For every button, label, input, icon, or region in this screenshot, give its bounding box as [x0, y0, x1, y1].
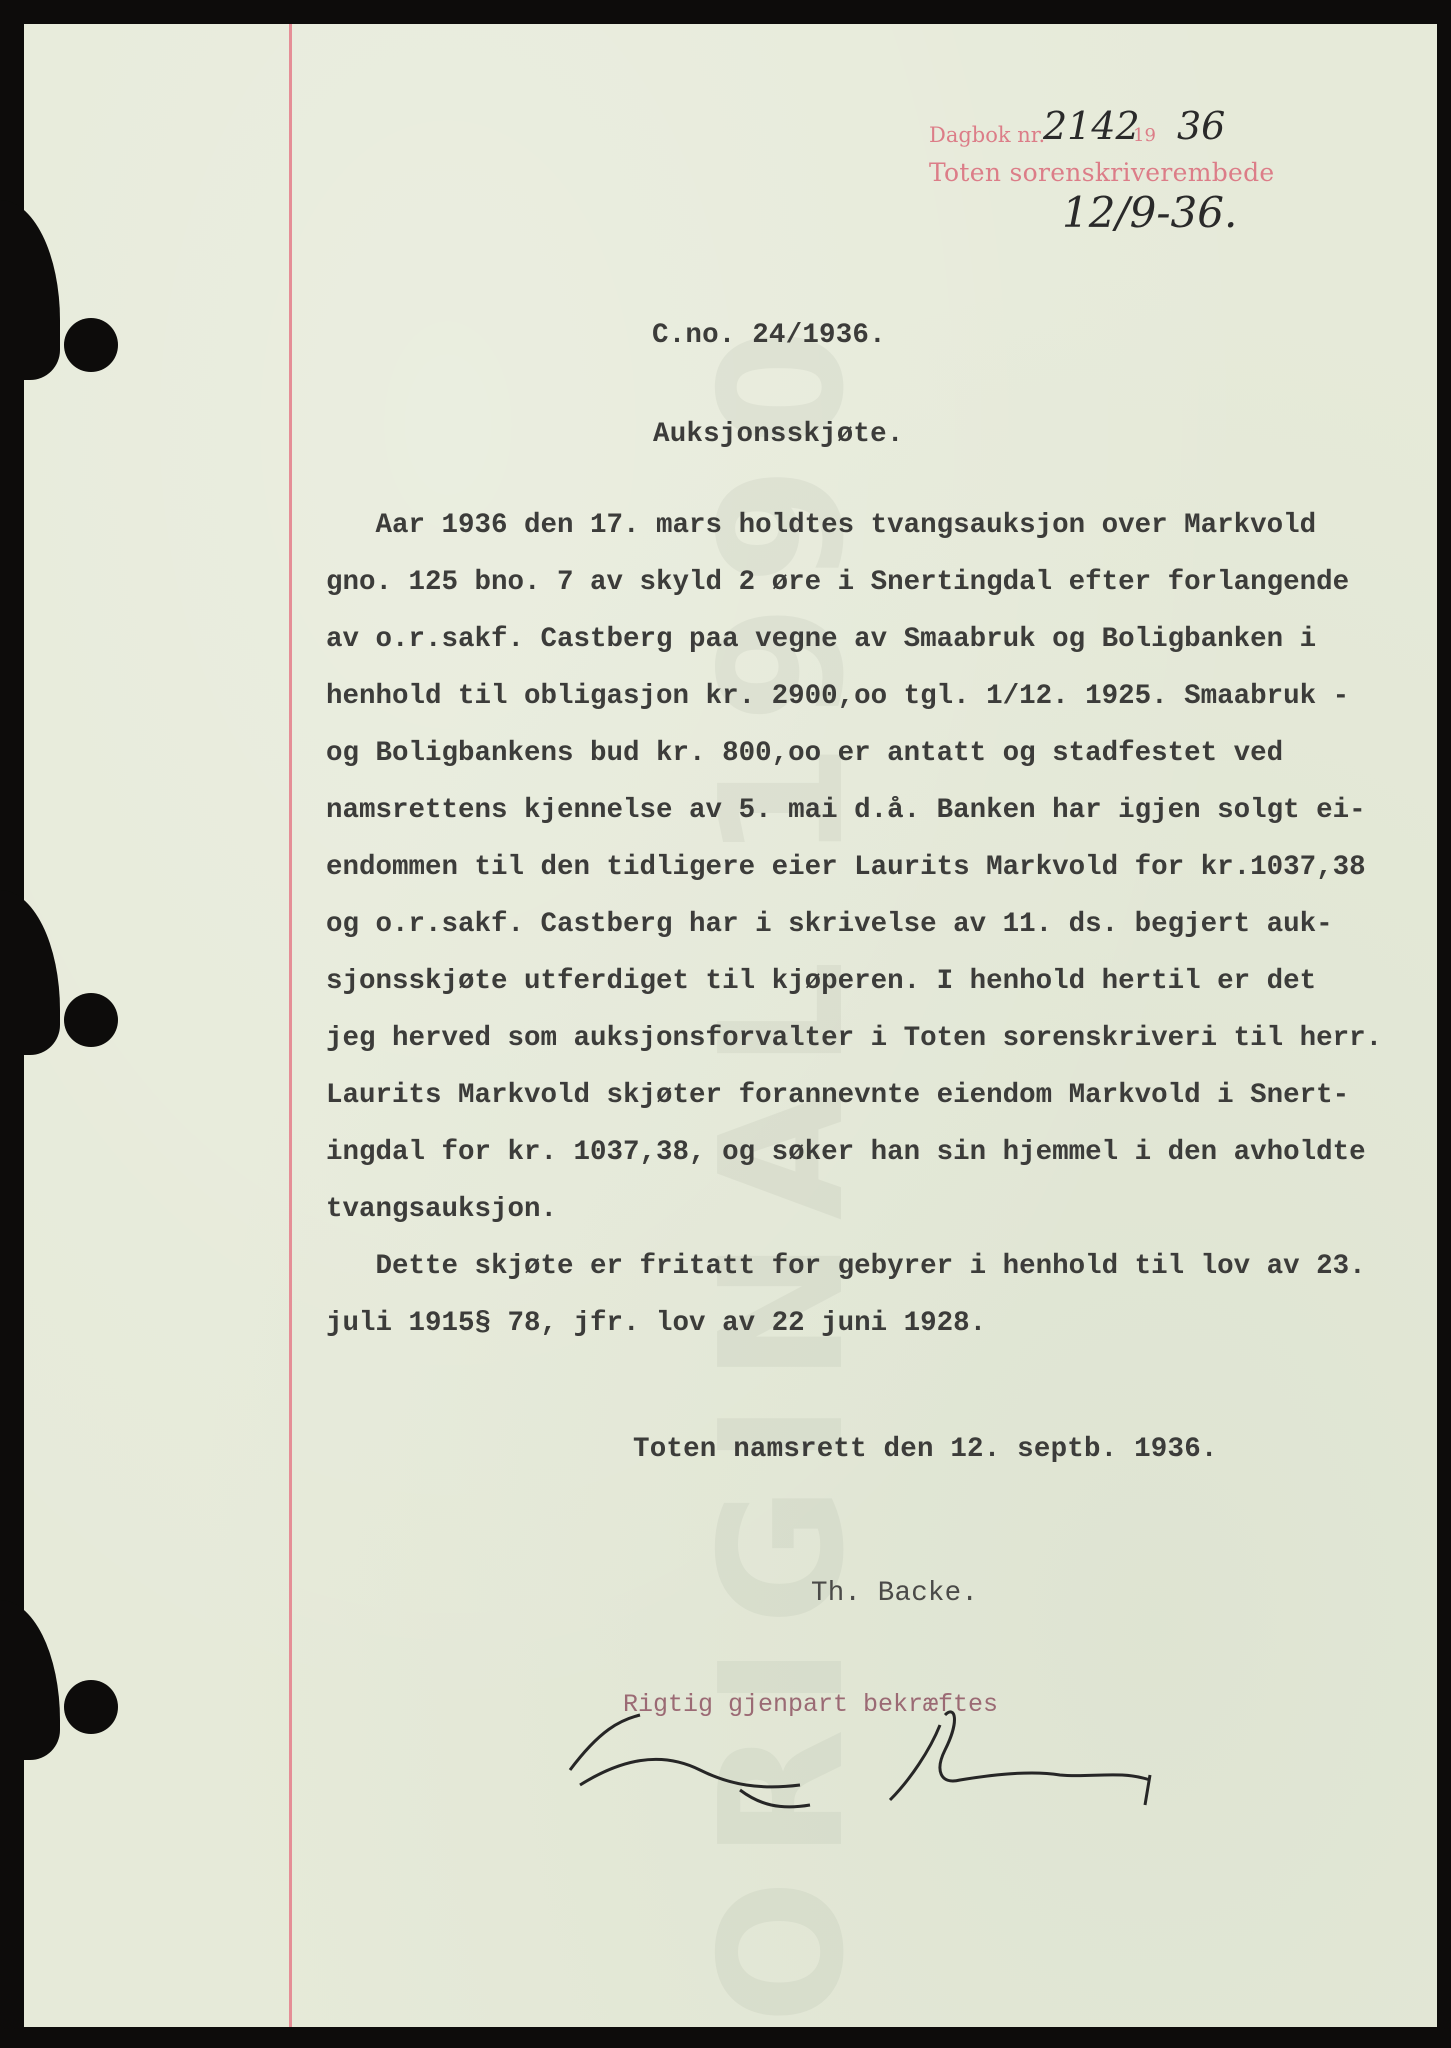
- body-line: Aar 1936 den 17. mars holdtes tvangsauks…: [326, 510, 1316, 541]
- place-and-date: Toten namsrett den 12. septb. 1936.: [633, 1434, 1218, 1465]
- body-line: Dette skjøte er fritatt for gebyrer i he…: [326, 1251, 1366, 1282]
- margin-rule: [289, 24, 292, 2027]
- body-line: og o.r.sakf. Castberg har i skrivelse av…: [326, 909, 1333, 940]
- scanned-page: ORIGINAL 1990 Dagbok nr. 2142 19 36 Tote…: [0, 0, 1451, 2048]
- punch-hole-circle-top: [64, 318, 118, 372]
- punch-hole-circle-bottom: [64, 1680, 118, 1734]
- case-number: C.no. 24/1936.: [652, 320, 886, 351]
- body-line: og Boligbankens bud kr. 800,oo er antatt…: [326, 738, 1283, 769]
- body-line: ingdal for kr. 1037,38, og søker han sin…: [326, 1137, 1366, 1168]
- body-line: jeg herved som auksjonsforvalter i Toten…: [326, 1023, 1382, 1054]
- body-line: henhold til obligasjon kr. 2900,oo tgl. …: [326, 681, 1349, 712]
- document-title: Auksjonsskjøte.: [653, 419, 904, 450]
- certification-stamp: Rigtig gjenpart bekræftes: [623, 1690, 998, 1719]
- body-line: endommen til den tidligere eier Laurits …: [326, 852, 1366, 883]
- body-line: gno. 125 bno. 7 av skyld 2 øre i Snertin…: [326, 567, 1349, 598]
- stamp-year-suffix: 36: [1177, 104, 1225, 148]
- received-date: 12/9-36.: [1062, 188, 1237, 237]
- body-line: tvangsauksjon.: [326, 1194, 557, 1225]
- dagbok-number: 2142: [1043, 104, 1140, 148]
- body-line: sjonsskjøte utferdiget til kjøperen. I h…: [326, 966, 1316, 997]
- stamp-year-prefix: 19: [1133, 125, 1156, 146]
- body-line: Laurits Markvold skjøter forannevnte eie…: [326, 1080, 1349, 1111]
- body-line: av o.r.sakf. Castberg paa vegne av Smaab…: [326, 624, 1316, 655]
- body-line: juli 1915§ 78, jfr. lov av 22 juni 1928.: [326, 1308, 986, 1339]
- dagbok-stamp-label: Dagbok nr.: [929, 123, 1045, 147]
- office-stamp: Toten sorenskriverembede: [929, 158, 1275, 187]
- punch-hole-circle-middle: [64, 993, 118, 1047]
- body-line: namsrettens kjennelse av 5. mai d.å. Ban…: [326, 795, 1366, 826]
- signatory-name: Th. Backe.: [811, 1578, 978, 1609]
